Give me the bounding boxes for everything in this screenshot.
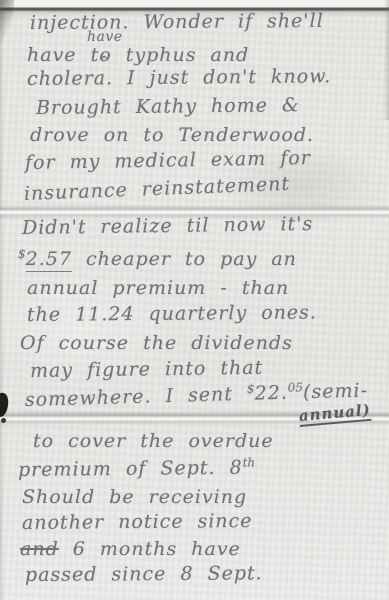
letter-line: ^ cholera. I just don't know. [27,65,331,90]
letter-line: insurance reinstatement [24,173,291,205]
letter-line: Should be receiving [22,486,247,508]
amount: 22. [254,382,288,405]
insertion-caret: ^ [99,54,111,69]
line-text: premium of Sept. 8 [18,457,243,481]
inserted-word: have [87,29,123,45]
letter-line: $2.57 cheaper to pay an [18,247,297,270]
letter-line: the 11.24 quarterly ones. [27,301,317,326]
letter-line: annual premium - than [27,277,289,299]
dollar-sign: $ [18,247,26,261]
letter-line: Brought Kathy home & [36,94,300,119]
scan-artifact-dot [1,418,6,423]
letter-line: Didn't realize til now it's [22,213,313,239]
left-edge-shadow [0,0,4,600]
line-text: somewhere. I sent [25,383,234,411]
letter-line: for my medical exam for [25,147,311,174]
parenthetical: (semi- [303,379,369,403]
letter-page: injection. Wonder if she'll have have to… [0,0,389,600]
cents-superscript: 05 [287,380,303,394]
line-text: have to typhus and [27,44,249,66]
letter-line: injection. Wonder if she'll [30,10,324,34]
letter-line: and 6 months have [20,538,241,560]
letter-line: another notice since [22,510,253,534]
letter-line: Of course the dividends [20,332,293,354]
letter-line: premium of Sept. 8th [18,456,255,481]
line-text: cholera. I just don't know. [27,65,331,90]
letter-line: drove on to Tenderwood. [30,124,314,146]
struck-word: and [20,538,59,560]
letter-line: to cover the overdue [33,430,274,452]
ordinal-superscript: th [242,456,255,470]
letter-line: passed since 8 Sept. [25,562,263,586]
right-edge-shadow [384,0,389,120]
line-text: 6 months have [73,538,241,560]
letter-line: may figure into that [30,357,264,382]
letter-line: have have to typhus and [27,44,249,66]
line-text: cheaper to pay an [86,248,297,270]
amount: 2.57 [26,248,72,272]
